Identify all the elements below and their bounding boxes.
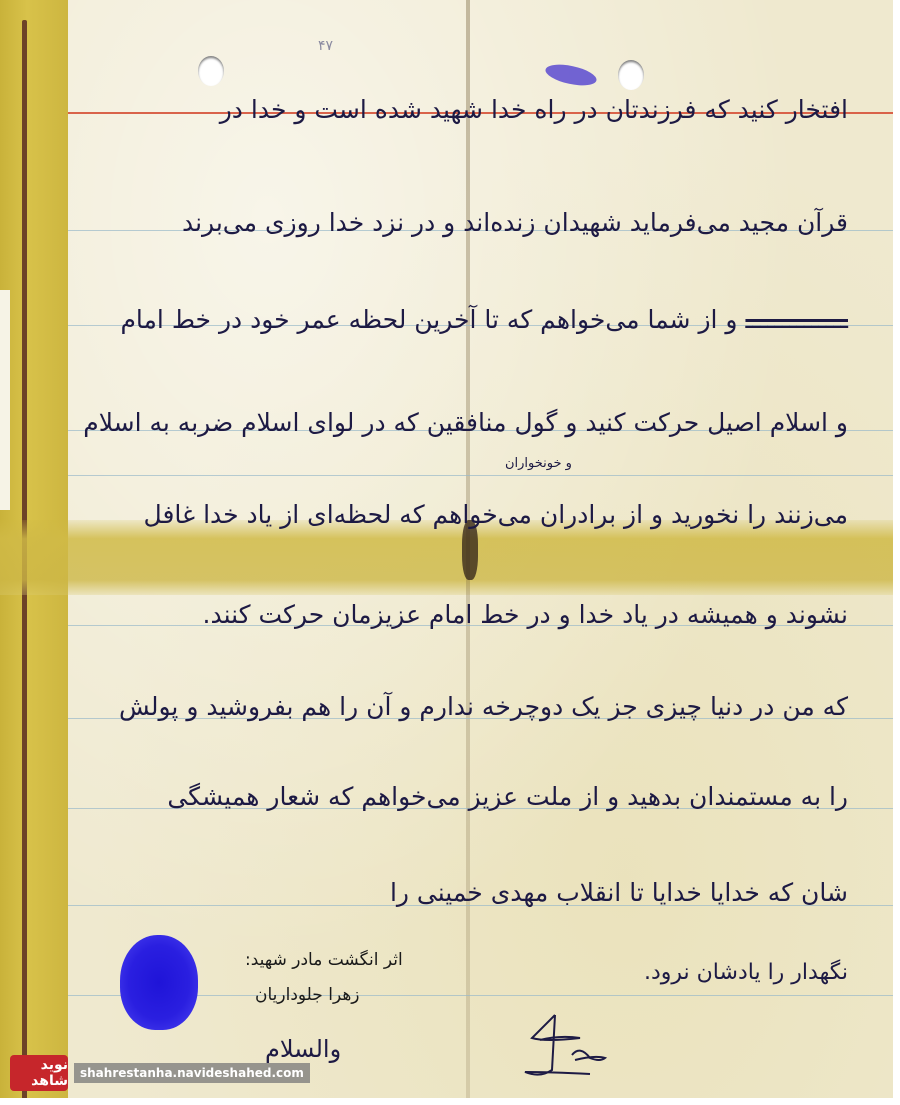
letter-line-2: قرآن مجید می‌فرماید شهیدان زنده‌اند و در… <box>182 208 848 237</box>
navideshahed-logo: نوید شاهد <box>10 1055 68 1091</box>
letter-line-5: می‌زنند را نخورید و از برادران می‌خواهم … <box>144 500 848 529</box>
fingerprint-caption: اثر انگشت مادر شهید: <box>245 950 403 970</box>
crossed-out-text: ــــــــــــــ <box>745 305 848 334</box>
ink-stain <box>462 520 478 580</box>
page-number: ۴۷ <box>318 38 333 54</box>
punch-hole <box>198 56 224 86</box>
punch-hole <box>618 60 644 90</box>
scan-border <box>893 0 900 1105</box>
letter-line-4: و اسلام اصیل حرکت کنید و گول منافقین که … <box>83 408 848 437</box>
letter-line-3: ــــــــــــــ و از شما می‌خواهم که تا آ… <box>120 305 848 334</box>
letter-line-1: افتخار کنید که فرزندتان در راه خدا شهید … <box>220 95 848 124</box>
watermark-site: shahrestanha.navideshahed.com <box>74 1063 310 1083</box>
ink-smudge <box>544 61 599 89</box>
ruled-line <box>68 475 893 476</box>
letter-line-6: نشوند و همیشه در یاد خدا و در خط امام عز… <box>203 600 849 629</box>
signature <box>520 1010 610 1080</box>
letter-line-7: که من در دنیا چیزی جز یک دوچرخه ندارم و … <box>119 692 848 721</box>
letter-line-10: نگهدار را یادشان نرود. <box>644 960 848 985</box>
letter-line-9: شان که خدایا خدایا تا انقلاب مهدی خمینی … <box>390 878 848 907</box>
torn-edge <box>0 290 10 510</box>
watermark: نوید شاهد shahrestanha.navideshahed.com <box>10 1055 310 1091</box>
scanned-letter: ۴۷ افتخار کنید که فرزندتان در راه خدا شه… <box>0 0 893 1098</box>
letter-line-8: را به مستمندان بدهید و از ملت عزیز می‌خو… <box>167 782 848 811</box>
fingerprint <box>120 935 198 1030</box>
fold-stain-band <box>0 520 893 595</box>
mother-name: زهرا جلوداریان <box>255 985 360 1005</box>
letter-line-3-text: و از شما می‌خواهم که تا آخرین لحظه عمر خ… <box>120 305 737 334</box>
insertion-text: و خونخواران <box>505 456 572 471</box>
